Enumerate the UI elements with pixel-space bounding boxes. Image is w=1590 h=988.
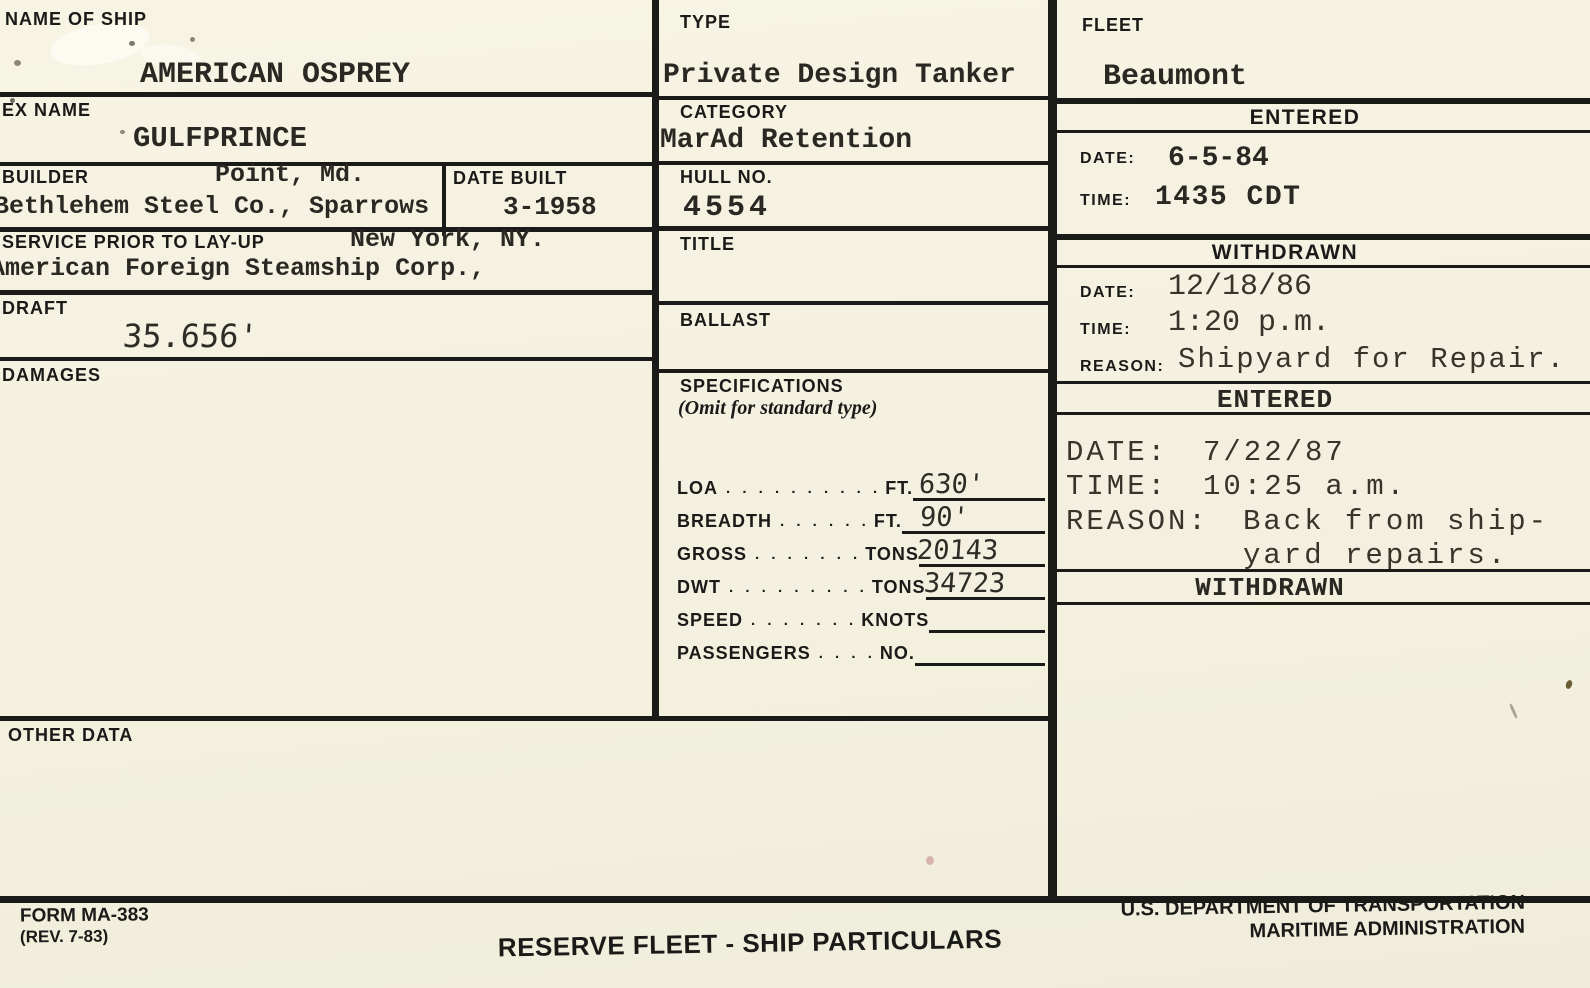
specifications-note: (Omit for standard type)	[678, 398, 877, 418]
rule	[1048, 234, 1590, 240]
spec-underline: 630'	[913, 464, 1045, 501]
ink-speck	[14, 60, 21, 66]
fleet-value: Beaumont	[1103, 62, 1247, 92]
spec-underline: 20143	[919, 530, 1045, 567]
other-data-label: OTHER DATA	[8, 726, 133, 744]
service-prior-value: American Foreign Steamship Corp.,	[0, 256, 485, 281]
ink-speck	[129, 41, 135, 46]
service-prior-value-overflow: New York, NY.	[350, 227, 545, 252]
rule	[0, 92, 659, 97]
category-label: CATEGORY	[680, 103, 788, 121]
date-built-value: 3-1958	[503, 194, 597, 220]
ink-speck	[1565, 679, 1574, 690]
spec-label: SPEED	[677, 611, 743, 633]
rule	[1057, 265, 1590, 268]
damages-label: DAMAGES	[2, 366, 101, 384]
ballast-label: BALLAST	[680, 311, 771, 329]
type-value: Private Design Tanker	[663, 62, 1016, 90]
spec-underline: 34723	[926, 563, 1045, 600]
withdrawn-reason-value: Shipyard for Repair.	[1178, 345, 1566, 374]
service-prior-label: SERVICE PRIOR TO LAY-UP	[2, 233, 265, 251]
type-label: TYPE	[680, 13, 731, 31]
spec-unit: NO.	[880, 644, 915, 666]
withdrawn-time-value: 1:20 p.m.	[1168, 308, 1330, 338]
rule	[1052, 381, 1590, 384]
rule	[652, 161, 1057, 165]
entered2-date-label: DATE:	[1066, 438, 1168, 467]
rule	[652, 301, 1057, 305]
entered2-time-value: 10:25 a.m.	[1203, 472, 1407, 501]
spec-underline	[915, 629, 1045, 666]
entered-header: ENTERED	[1055, 107, 1555, 128]
entered-time-label: TIME:	[1080, 193, 1131, 209]
dot-leaders: . . . . . . .	[755, 546, 861, 567]
withdrawn-date-label: DATE:	[1080, 285, 1135, 301]
entered2-time-label: TIME:	[1066, 472, 1168, 501]
date-built-label: DATE BUILT	[453, 169, 567, 187]
rule	[652, 96, 1057, 100]
ex-name-value: GULFPRINCE	[133, 124, 307, 153]
spec-unit: TONS	[865, 545, 919, 567]
hull-no-value: 4554	[683, 193, 771, 223]
title-label: TITLE	[680, 235, 735, 253]
spec-value: 630'	[918, 471, 985, 498]
rule	[0, 357, 659, 361]
rule	[1048, 98, 1590, 104]
entered-typed-header: ENTERED	[1050, 387, 1500, 413]
spec-value: 34723	[923, 570, 1006, 597]
entered2-reason-line1: Back from ship-	[1243, 507, 1549, 536]
rule	[1057, 130, 1590, 133]
dot-leaders: . . . . . .	[780, 513, 870, 534]
draft-label: DRAFT	[2, 299, 68, 317]
spec-value: 20143	[916, 537, 999, 564]
entered2-reason-label: REASON:	[1066, 507, 1209, 536]
specifications-label: SPECIFICATIONS	[680, 377, 844, 395]
category-value: MarAd Retention	[660, 127, 912, 155]
entered2-date-value: 7/22/87	[1203, 438, 1346, 467]
spec-row-loa: LOA . . . . . . . . . . FT. 630'	[677, 467, 1045, 501]
ink-speck	[120, 130, 125, 134]
spec-unit: TONS	[872, 578, 926, 600]
spec-underline: 90'	[902, 497, 1045, 534]
entered2-reason-line2: yard repairs.	[1243, 541, 1508, 570]
dot-leaders: . . . . . . .	[751, 612, 857, 633]
dot-leaders: . . . . . . . . . .	[726, 480, 881, 501]
hull-no-label: HULL NO.	[680, 168, 773, 186]
ex-name-label: EX NAME	[2, 101, 91, 119]
builder-value: Bethlehem Steel Co., Sparrows	[0, 194, 429, 219]
entered-date-value: 6-5-84	[1168, 145, 1269, 173]
ship-particulars-card: NAME OF SHIP AMERICAN OSPREY EX NAME GUL…	[0, 0, 1590, 988]
fleet-label: FLEET	[1082, 16, 1144, 34]
rule	[0, 290, 659, 295]
spec-label: GROSS	[677, 545, 747, 567]
name-of-ship-value: AMERICAN OSPREY	[140, 60, 410, 90]
spec-label: PASSENGERS	[677, 644, 811, 666]
form-title: RESERVE FLEET - SHIP PARTICULARS	[480, 925, 1020, 960]
withdrawn-time-label: TIME:	[1080, 322, 1131, 338]
pen-tick	[1509, 703, 1518, 719]
withdrawn-date-value: 12/18/86	[1168, 272, 1312, 302]
withdrawn-header: WITHDRAWN	[1050, 242, 1520, 263]
builder-value-overflow: Point, Md.	[215, 162, 365, 187]
rule	[652, 226, 1057, 231]
agency-line2: MARITIME ADMINISTRATION	[1020, 917, 1525, 946]
spec-label: DWT	[677, 578, 721, 600]
entered-time-value: 1435 CDT	[1155, 184, 1301, 212]
withdrawn-reason-label: REASON:	[1080, 359, 1164, 375]
rule	[652, 369, 1057, 373]
spec-underline	[929, 596, 1045, 633]
spec-unit: FT.	[874, 512, 902, 534]
name-of-ship-label: NAME OF SHIP	[5, 10, 147, 28]
rule	[0, 716, 1057, 721]
pink-speck	[926, 856, 934, 865]
form-number: FORM MA-383	[20, 905, 149, 925]
spec-row-passengers: PASSENGERS . . . . NO.	[677, 632, 1045, 666]
spec-label: BREADTH	[677, 512, 772, 534]
dot-leaders: . . . . . . . . .	[729, 579, 868, 600]
rule-right-column-left	[1048, 0, 1057, 899]
draft-value: 35.656'	[122, 320, 259, 352]
builder-label: BUILDER	[2, 168, 89, 186]
withdrawn-typed-header: WITHDRAWN	[1045, 575, 1495, 601]
spec-row-gross: GROSS . . . . . . . TONS 20143	[677, 533, 1045, 567]
spec-row-breadth: BREADTH . . . . . . FT. 90'	[677, 500, 1045, 534]
form-revision: (REV. 7-83)	[20, 928, 108, 946]
entered-date-label: DATE:	[1080, 151, 1135, 167]
spec-row-dwt: DWT . . . . . . . . . TONS 34723	[677, 566, 1045, 600]
spec-label: LOA	[677, 479, 718, 501]
ink-speck	[190, 37, 195, 42]
spec-value: 90'	[919, 504, 970, 531]
spec-row-speed: SPEED . . . . . . . KNOTS	[677, 599, 1045, 633]
dot-leaders: . . . .	[819, 645, 876, 666]
